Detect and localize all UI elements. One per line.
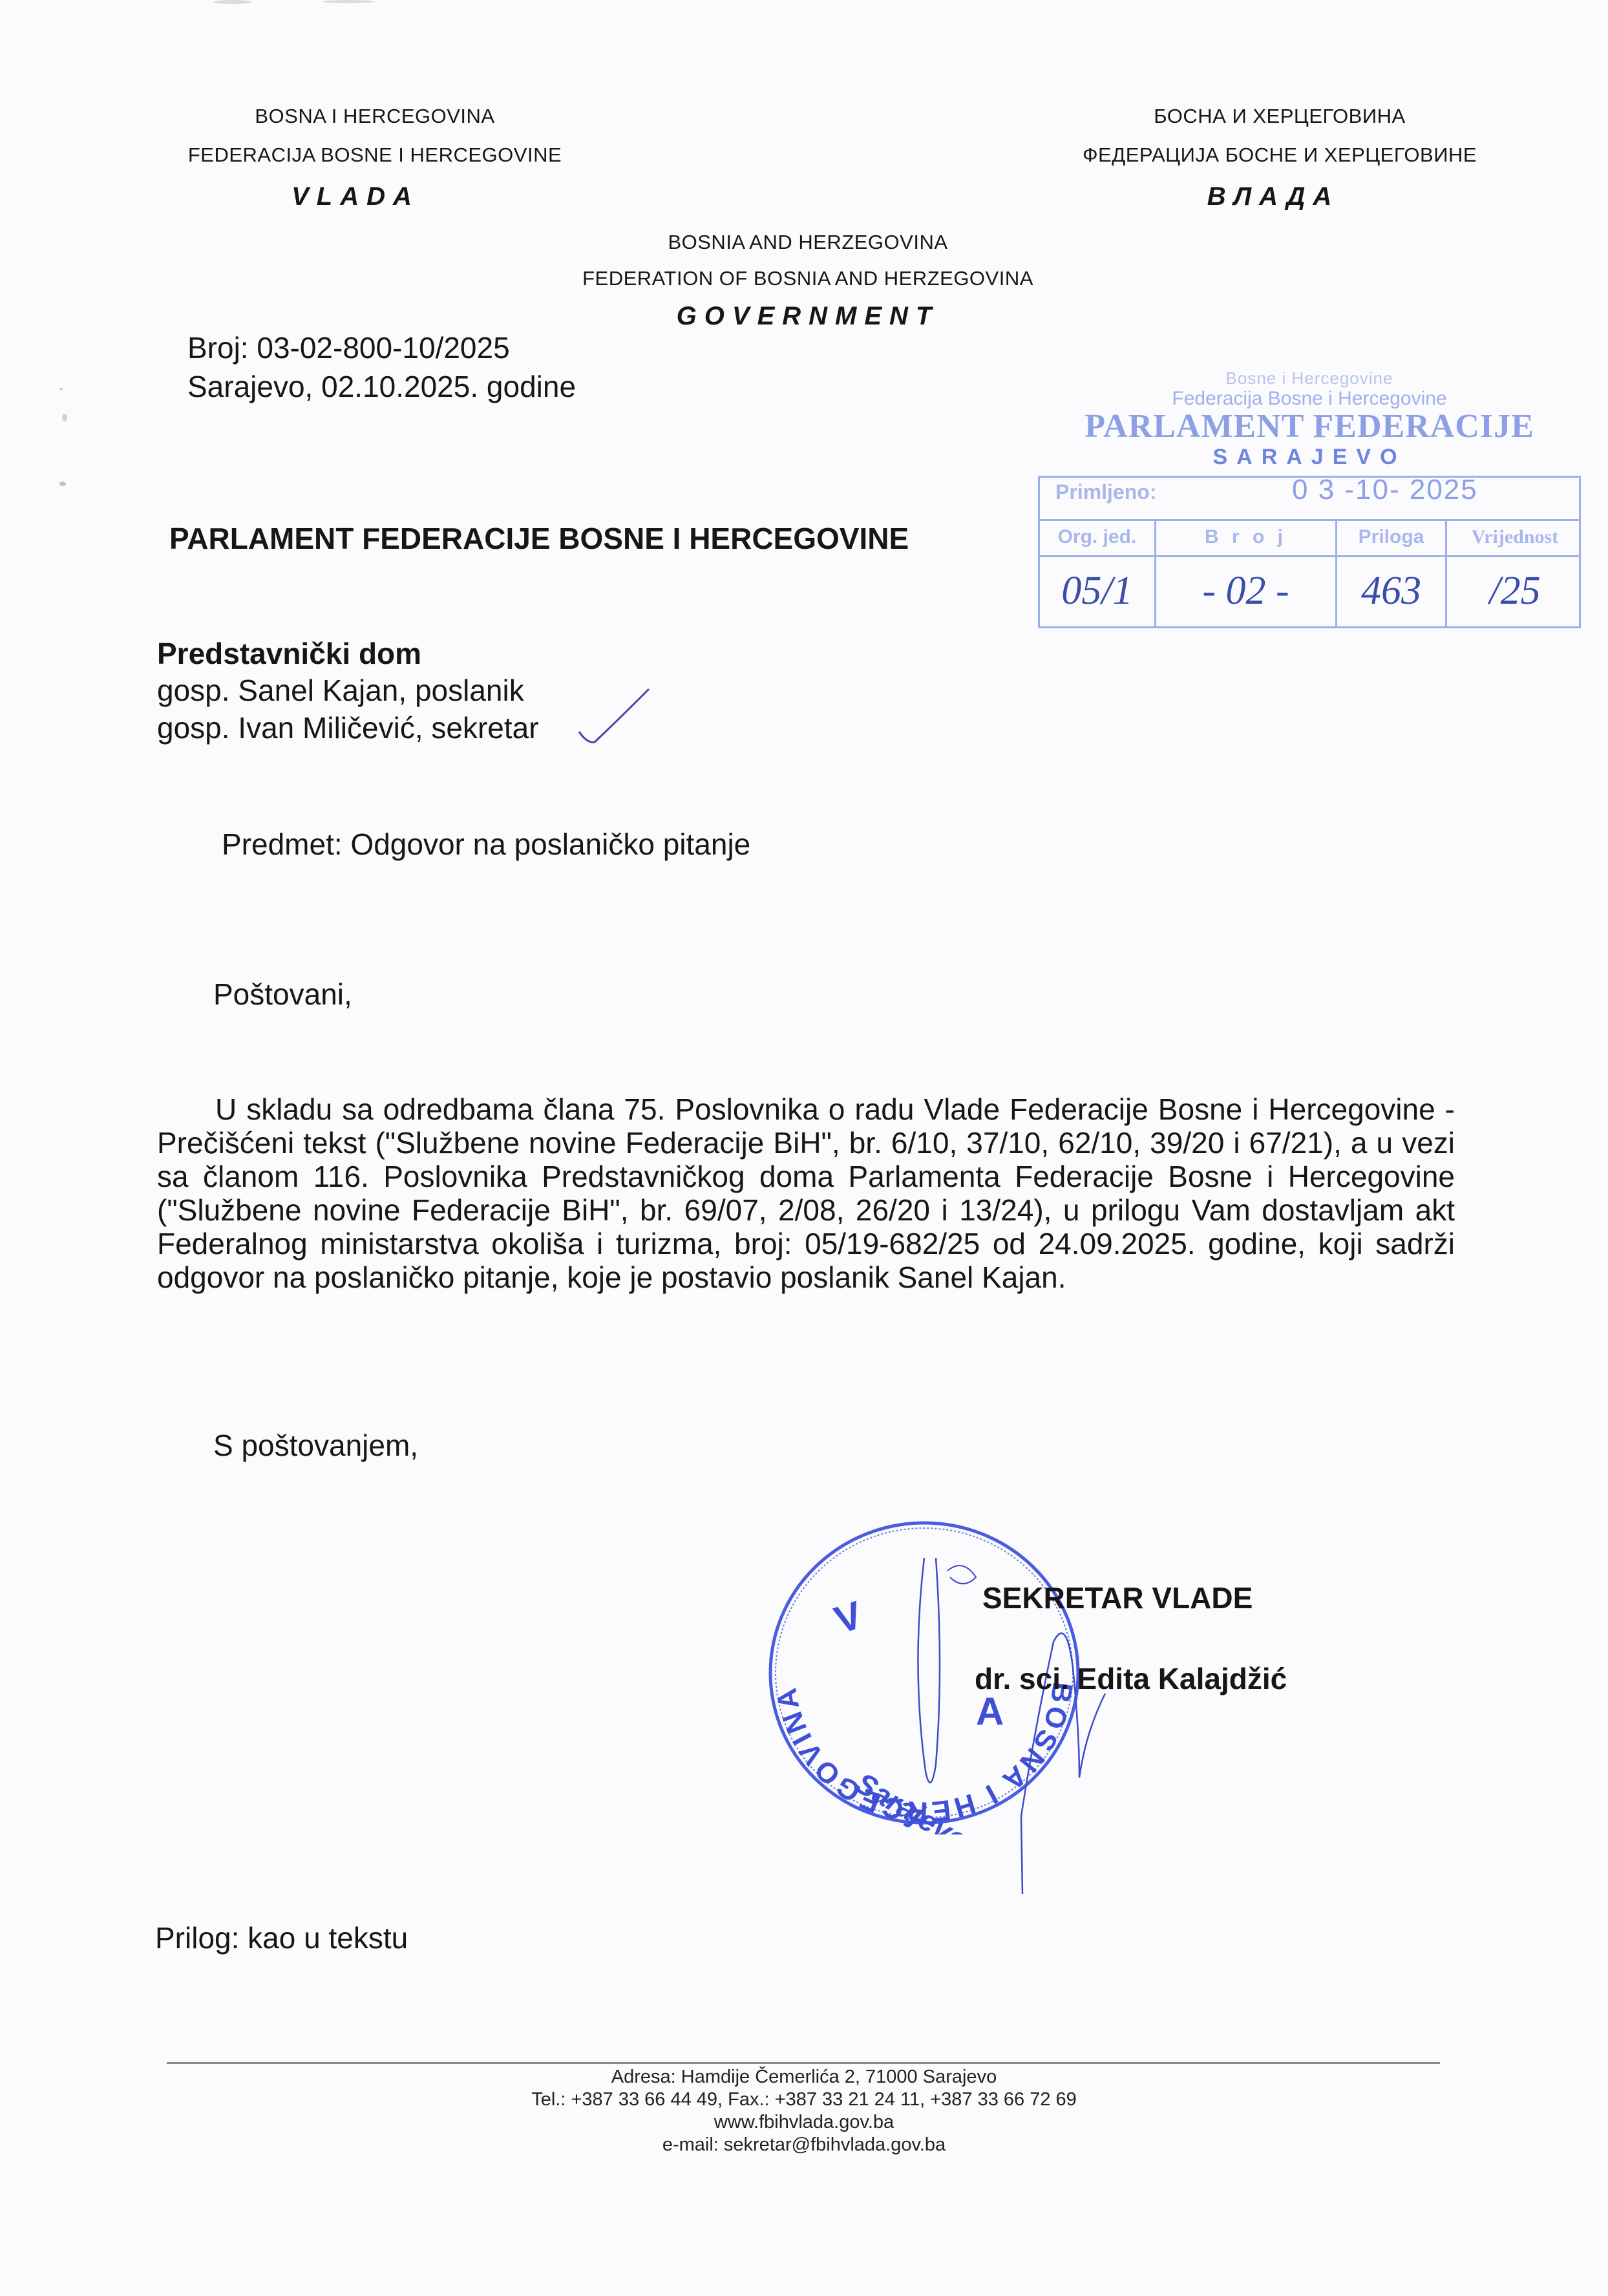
column-broj: B r o j — [1156, 519, 1337, 555]
signature-title: SEKRETAR VLADE — [982, 1580, 1253, 1615]
received-date: 0 3 -10- 2025 — [1292, 474, 1478, 506]
seal-inner-top: V — [829, 1593, 867, 1642]
reference-place-date: Sarajevo, 02.10.2025. godine — [187, 370, 576, 404]
footer-address: Adresa: Hamdije Čemerlića 2, 71000 Saraj… — [0, 2066, 1608, 2089]
received-stamp-city: SARAJEVO — [1031, 445, 1587, 470]
reference-number: Broj: 03-02-800-10/2025 — [187, 331, 510, 365]
recipient-institution: PARLAMENT FEDERACIJE BOSNE I HERCEGOVINE — [169, 521, 909, 556]
value-vrijednost: /25 — [1447, 555, 1583, 626]
closing: S poštovanjem, — [213, 1429, 418, 1463]
body-paragraph: U skladu sa odredbama člana 75. Poslovni… — [157, 1092, 1455, 1294]
header-center-country: BOSNIA AND HERZEGOVINA — [582, 231, 1034, 254]
header-left-country: BOSNA I HERCEGOVINA — [162, 105, 588, 128]
recipient-person-2: gosp. Ivan Miličević, sekretar — [157, 711, 539, 745]
salutation: Poštovani, — [213, 977, 352, 1012]
value-org-jed: 05/1 — [1040, 555, 1156, 626]
received-row: Primljeno: 0 3 -10- 2025 — [1040, 478, 1579, 521]
signature-name: dr. sci. Edita Kalajdžić — [975, 1661, 1287, 1696]
header-right-federation: ФЕДЕРАЦИЈА БОСНЕ И ХЕРЦЕГОВИНЕ — [1015, 143, 1545, 167]
value-broj: - 02 - — [1156, 555, 1337, 626]
recipient-person-1: gosp. Sanel Kajan, poslanik — [157, 674, 524, 708]
footer-email[interactable]: e-mail: sekretar@fbihvlada.gov.ba — [0, 2134, 1608, 2156]
header-center-government: GOVERNMENT — [614, 302, 1002, 331]
received-header-row: Org. jed. B r o j Priloga Vrijednost — [1040, 519, 1579, 557]
received-stamp-line3: PARLAMENT FEDERACIJE — [1031, 407, 1587, 445]
footer-website[interactable]: www.fbihvlada.gov.ba — [0, 2111, 1608, 2134]
scan-artifact — [59, 482, 66, 486]
received-values-row: 05/1 - 02 - 463 /25 — [1040, 555, 1579, 626]
scan-artifact — [323, 0, 375, 3]
header-left-federation: FEDERACIJA BOSNE I HERCEGOVINE — [129, 143, 620, 167]
scan-artifact — [62, 414, 67, 421]
attachment-note: Prilog: kao u tekstu — [155, 1921, 408, 1955]
header-right-country: БОСНА И ХЕРЦЕГОВИНА — [1066, 105, 1493, 128]
header-left-government: VLADA — [246, 182, 465, 211]
body-text: U skladu sa odredbama člana 75. Poslovni… — [157, 1092, 1455, 1294]
subject-line: Predmet: Odgovor na poslaničko pitanje — [222, 827, 750, 862]
column-priloga: Priloga — [1337, 519, 1447, 555]
received-stamp-line2: Federacija Bosne i Hercegovine — [1031, 388, 1587, 410]
header-center-federation: FEDERATION OF BOSNIA AND HERZEGOVINA — [549, 267, 1066, 290]
scan-artifact — [213, 0, 252, 4]
footer-divider — [167, 2062, 1440, 2064]
received-stamp-table: Primljeno: 0 3 -10- 2025 Org. jed. B r o… — [1038, 476, 1581, 628]
column-org-jed: Org. jed. — [1040, 519, 1156, 555]
footer-phones: Tel.: +387 33 66 44 49, Fax.: +387 33 21… — [0, 2089, 1608, 2111]
recipient-house: Predstavnički dom — [157, 636, 421, 671]
received-stamp-line1: Bosne i Hercegovine — [1031, 368, 1587, 388]
received-label: Primljeno: — [1055, 480, 1156, 504]
header-right-government: ВЛАДА — [1163, 182, 1383, 211]
received-stamp: Bosne i Hercegovine Federacija Bosne i H… — [1031, 349, 1587, 633]
column-vrijednost: Vrijednost — [1447, 519, 1583, 555]
scan-artifact — [59, 388, 63, 390]
checkmark-icon — [575, 685, 653, 750]
value-priloga: 463 — [1337, 555, 1447, 626]
